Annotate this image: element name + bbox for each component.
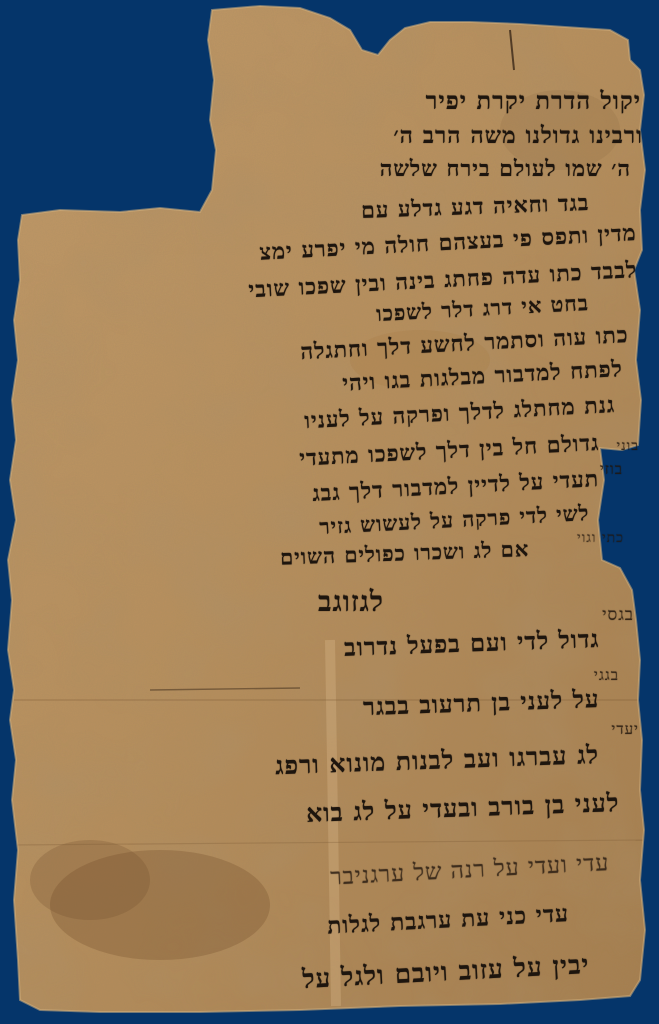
parchment-fragment [0,0,659,1024]
